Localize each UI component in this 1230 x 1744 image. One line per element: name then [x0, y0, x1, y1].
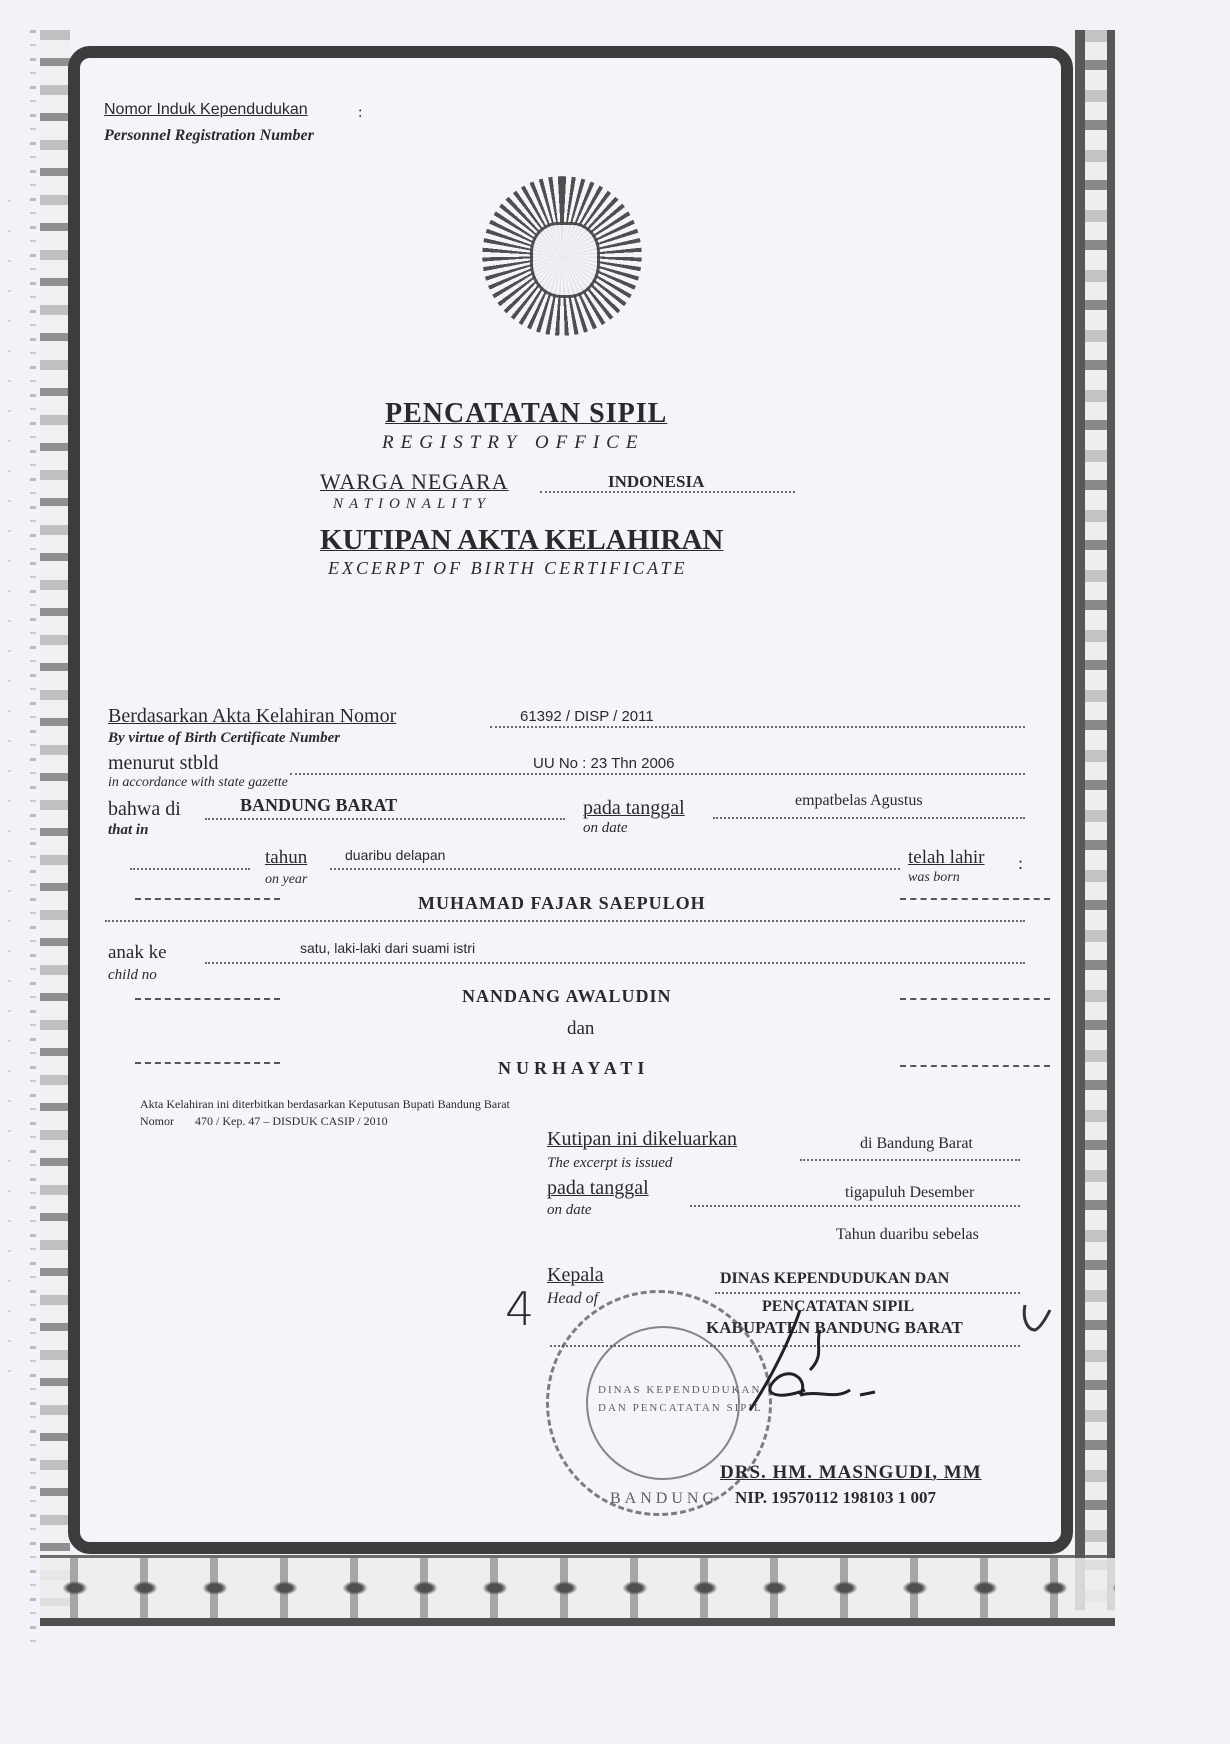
mother-dash-left	[135, 1062, 280, 1064]
child-name-dotted-line	[105, 920, 1025, 922]
stamp-bottom-text: BANDUNG	[610, 1490, 718, 1508]
issue-date-label-en: on date	[547, 1202, 592, 1219]
year-dotted-line	[330, 868, 900, 870]
issue-date-dotted-line	[690, 1205, 1020, 1207]
office-line-1: DINAS KEPENDUDUKAN DAN	[720, 1270, 949, 1288]
child-no-label-en: child no	[108, 967, 157, 984]
born-label: telah lahir	[908, 847, 985, 869]
issued-label-en: The excerpt is issued	[547, 1155, 672, 1172]
office-title: PENCATATAN SIPIL	[385, 398, 667, 430]
head-label: Kepala	[547, 1264, 604, 1287]
signature-icon	[730, 1300, 890, 1430]
father-name: NANDANG AWALUDIN	[462, 986, 672, 1007]
nik-colon: :	[358, 104, 362, 122]
office-line-1-dots	[715, 1292, 1020, 1294]
check-mark-icon	[1020, 1300, 1060, 1340]
cert-number-dotted-line	[490, 726, 1025, 728]
mother-dash-right	[900, 1065, 1050, 1067]
issued-dotted-line	[800, 1159, 1020, 1161]
issued-place: di Bandung Barat	[860, 1135, 973, 1153]
document-title: KUTIPAN AKTA KELAHIRAN	[320, 524, 723, 557]
mother-name: NURHAYATI	[498, 1058, 649, 1079]
place-dotted-line	[205, 818, 565, 820]
handwritten-mark: 4	[505, 1282, 534, 1336]
nik-label-en: Personnel Registration Number	[104, 127, 314, 145]
head-label-en: Head of	[547, 1290, 598, 1308]
date-label: pada tanggal	[583, 797, 685, 820]
gazette-value: UU No : 23 Thn 2006	[533, 755, 674, 772]
year-dotted-line-left	[130, 868, 250, 870]
issue-date-label: pada tanggal	[547, 1177, 649, 1200]
office-title-en: REGISTRY OFFICE	[382, 432, 644, 454]
child-no-dotted-line	[205, 962, 1025, 964]
born-label-en: was born	[908, 870, 960, 886]
decree-text: Akta Kelahiran ini diterbitkan berdasark…	[140, 1097, 510, 1112]
signatory-nip: NIP. 19570112 198103 1 007	[735, 1488, 936, 1508]
issue-date-value: tigapuluh Desember	[845, 1184, 974, 1202]
place-label-en: that in	[108, 822, 148, 839]
place-value: BANDUNG BARAT	[240, 795, 397, 816]
birth-certificate: Nomor Induk Kependudukan : Personnel Reg…	[0, 0, 1230, 1744]
year-value: duaribu delapan	[345, 847, 445, 863]
father-dash-right	[900, 998, 1050, 1000]
child-name: MUHAMAD FAJAR SAEPULOH	[418, 893, 706, 914]
nik-label: Nomor Induk Kependudukan	[104, 101, 308, 119]
year-label-en: on year	[265, 872, 307, 888]
gazette-label: menurut stbld	[108, 752, 219, 775]
cert-number-value: 61392 / DISP / 2011	[520, 708, 654, 725]
nationality-dotted-line	[540, 491, 795, 493]
child-name-dash-right	[900, 898, 1050, 900]
signatory-name: DRS. HM. MASNGUDI, MM	[720, 1462, 982, 1484]
document-title-en: EXCERPT OF BIRTH CERTIFICATE	[328, 558, 687, 579]
cert-number-label-en: By virtue of Birth Certificate Number	[108, 730, 340, 747]
cert-number-label: Berdasarkan Akta Kelahiran Nomor	[108, 705, 396, 728]
nationality-value: INDONESIA	[608, 472, 704, 492]
place-label: bahwa di	[108, 798, 181, 821]
father-dash-left	[135, 998, 280, 1000]
gazette-label-en: in accordance with state gazette	[108, 775, 288, 791]
conjunction: dan	[567, 1018, 594, 1040]
date-dotted-line	[713, 817, 1025, 819]
gazette-dotted-line	[290, 773, 1025, 775]
child-no-value: satu, laki-laki dari suami istri	[300, 940, 475, 956]
born-colon: :	[1018, 853, 1023, 874]
child-no-label: anak ke	[108, 942, 167, 964]
issued-label: Kutipan ini dikeluarkan	[547, 1128, 737, 1151]
nationality-label-en: NATIONALITY	[333, 496, 491, 513]
garuda-emblem-center	[530, 222, 600, 298]
nationality-label: WARGA NEGARA	[320, 469, 509, 495]
issue-year-value: Tahun duaribu sebelas	[836, 1226, 979, 1244]
child-name-dash-left	[135, 898, 280, 900]
date-label-en: on date	[583, 820, 628, 837]
decree-number-value: 470 / Kep. 47 – DISDUK CASIP / 2010	[195, 1114, 388, 1129]
date-value: empatbelas Agustus	[795, 792, 923, 810]
decree-number-label: Nomor	[140, 1114, 174, 1129]
year-label: tahun	[265, 847, 307, 869]
